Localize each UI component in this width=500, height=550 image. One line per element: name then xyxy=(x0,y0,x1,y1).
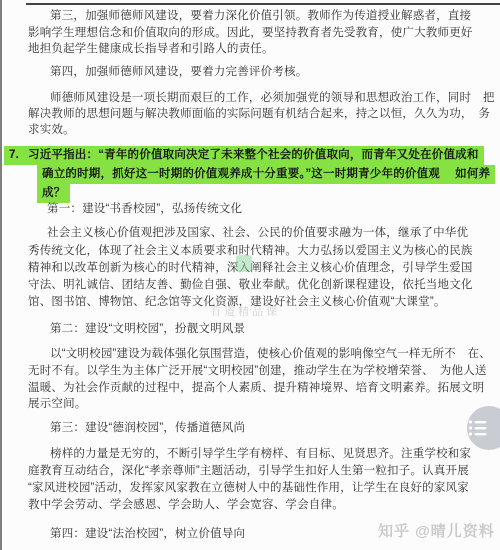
line-text: 温暖、为社会作贡献的过程中，提高个人素质、提升精神境界、培育文明素养。拓展文明 xyxy=(28,382,484,394)
line-text: 无时不有。以学生为主体广泛开展“文明校园”创建，推动学生在为学校增荣誉、 为他人… xyxy=(28,365,487,377)
line-text: 庭教育互动结合，深化“孝亲尊师”主题活动，引导学生扣好人生第一粒扣子。认真开展 xyxy=(28,465,469,477)
line-text: 守法、明礼诚信、团结友善、勤俭自强、敬业奉献。优化创新课程建设，依托当地文化 xyxy=(28,279,473,291)
text-line: 解决教师的思想问题与解决教师面临的实际问题有机结合起来，持之以恒，久久为功， 务 xyxy=(28,107,490,121)
highlighted-text-line: 成？ xyxy=(37,184,70,203)
line-text: 求实效。 xyxy=(28,124,75,136)
watermark-zhihu: 知乎 @晴儿资料 xyxy=(378,520,495,541)
text-line: 第四，加强师德师风建设，要着力完善评价考核。 xyxy=(50,65,307,79)
line-text: 第三：建设“德润校园”，传播道德风尚 xyxy=(50,422,245,434)
line-text: 第一：建设“书香校园”，弘扬传统文化 xyxy=(47,203,242,215)
list-icon xyxy=(468,418,500,438)
catalog-button[interactable] xyxy=(467,406,500,450)
line-text: 第四：建设“法治校园”，树立价值导向 xyxy=(50,528,245,540)
highlighted-text-line: 7.习近平指出：“青年的价值取向决定了未来整个社会的价值取向，而青年又处在价值成… xyxy=(4,146,484,165)
text-line: 展示空间。 xyxy=(28,397,87,411)
text-line: 影响学生理想信念和价值取向的形成。因此，要坚持教育者先受教育，使广大教师更好 xyxy=(28,26,473,40)
text-line: 师德师风建设是一项长期而艰巨的工作，必须加强党的领导和思想政治工作，同时 把 xyxy=(50,91,495,105)
line-text: 第四，加强师德师风建设，要着力完善评价考核。 xyxy=(50,66,307,78)
line-text: 师德师风建设是一项长期而艰巨的工作，必须加强党的领导和思想政治工作，同时 把 xyxy=(50,92,495,104)
question-number: 7. xyxy=(9,149,19,161)
page-left-border xyxy=(0,0,2,550)
text-line: 第三：建设“德润校园”，传播道德风尚 xyxy=(50,421,245,435)
line-text: 地担负起学生健康成长指导者和引路人的责任。 xyxy=(28,43,274,55)
highlighted-text-line: 确立的时期，抓好这一时期的价值观养成十分重要。”这一时期青少年的价值观 如何养 xyxy=(37,165,495,184)
text-line: 第二：建设“文明校园”，扮靓文明风景 xyxy=(50,322,245,336)
document-page: 第三，加强师德师风建设，要着力深化价值引领。教师作为传道授业解惑者，直接影响学生… xyxy=(0,0,500,550)
watermark-youdao: 有道精品课 xyxy=(210,303,280,319)
line-text: 成？ xyxy=(42,187,65,199)
page-top-border xyxy=(26,3,500,5)
text-line: 守法、明礼诚信、团结友善、勤俭自强、敬业奉献。优化创新课程建设，依托当地文化 xyxy=(28,278,473,292)
highlight-artifact xyxy=(236,255,252,272)
line-text: 习近平指出：“青年的价值取向决定了未来整个社会的价值取向，而青年又处在价值成和 xyxy=(28,149,479,161)
text-line: 第四：建设“法治校园”，树立价值导向 xyxy=(50,527,245,541)
text-line: 榜样的力量是无穷的，不断引导学生学有榜样、有目标、见贤思齐。注重学校和家 xyxy=(50,447,471,461)
line-text: 第三，加强师德师风建设，要着力深化价值引领。教师作为传道授业解惑者，直接 xyxy=(50,10,471,22)
line-text: 影响学生理想信念和价值取向的形成。因此，要坚持教育者先受教育，使广大教师更好 xyxy=(28,27,473,39)
text-line: 第三，加强师德师风建设，要着力深化价值引领。教师作为传道授业解惑者，直接 xyxy=(50,9,471,23)
text-line: 社会主义核心价值观把涉及国家、社会、公民的价值要求融为一体，继承了中华优 xyxy=(47,226,468,240)
text-line: 地担负起学生健康成长指导者和引路人的责任。 xyxy=(28,42,274,56)
text-line: 无时不有。以学生为主体广泛开展“文明校园”创建，推动学生在为学校增荣誉、 为他人… xyxy=(28,364,487,378)
text-line: “家风进校园”活动，发挥家风家教在立德树人中的基础性作用，让学生在良好的家风家 xyxy=(28,481,469,495)
line-text: 榜样的力量是无穷的，不断引导学生学有榜样、有目标、见贤思齐。注重学校和家 xyxy=(50,448,471,460)
line-text: 教中学会劳动、学会感恩、学会助人、学会宽容、学会自律。 xyxy=(28,499,344,511)
line-text: 社会主义核心价值观把涉及国家、社会、公民的价值要求融为一体，继承了中华优 xyxy=(47,227,468,239)
line-text: “家风进校园”活动，发挥家风家教在立德树人中的基础性作用，让学生在良好的家风家 xyxy=(28,482,469,494)
text-line: 求实效。 xyxy=(28,123,75,137)
text-line: 第一：建设“书香校园”，弘扬传统文化 xyxy=(47,202,242,216)
line-text: 确立的时期，抓好这一时期的价值观养成十分重要。”这一时期青少年的价值观 如何养 xyxy=(42,168,490,180)
line-text: 解决教师的思想问题与解决教师面临的实际问题有机结合起来，持之以恒，久久为功， 务 xyxy=(28,108,490,120)
text-line: 温暖、为社会作贡献的过程中，提高个人素质、提升精神境界、培育文明素养。拓展文明 xyxy=(28,381,484,395)
text-line: 以“文明校园”建设为载体强化氛围营造，使核心价值观的影响像空气一样无所不 在、 xyxy=(50,347,491,361)
text-line: 教中学会劳动、学会感恩、学会助人、学会宽容、学会自律。 xyxy=(28,498,344,512)
text-line: 庭教育互动结合，深化“孝亲尊师”主题活动，引导学生扣好人生第一粒扣子。认真开展 xyxy=(28,464,469,478)
line-text: 第二：建设“文明校园”，扮靓文明风景 xyxy=(50,323,245,335)
line-text: 展示空间。 xyxy=(28,398,87,410)
line-text: 以“文明校园”建设为载体强化氛围营造，使核心价值观的影响像空气一样无所不 在、 xyxy=(50,348,491,360)
